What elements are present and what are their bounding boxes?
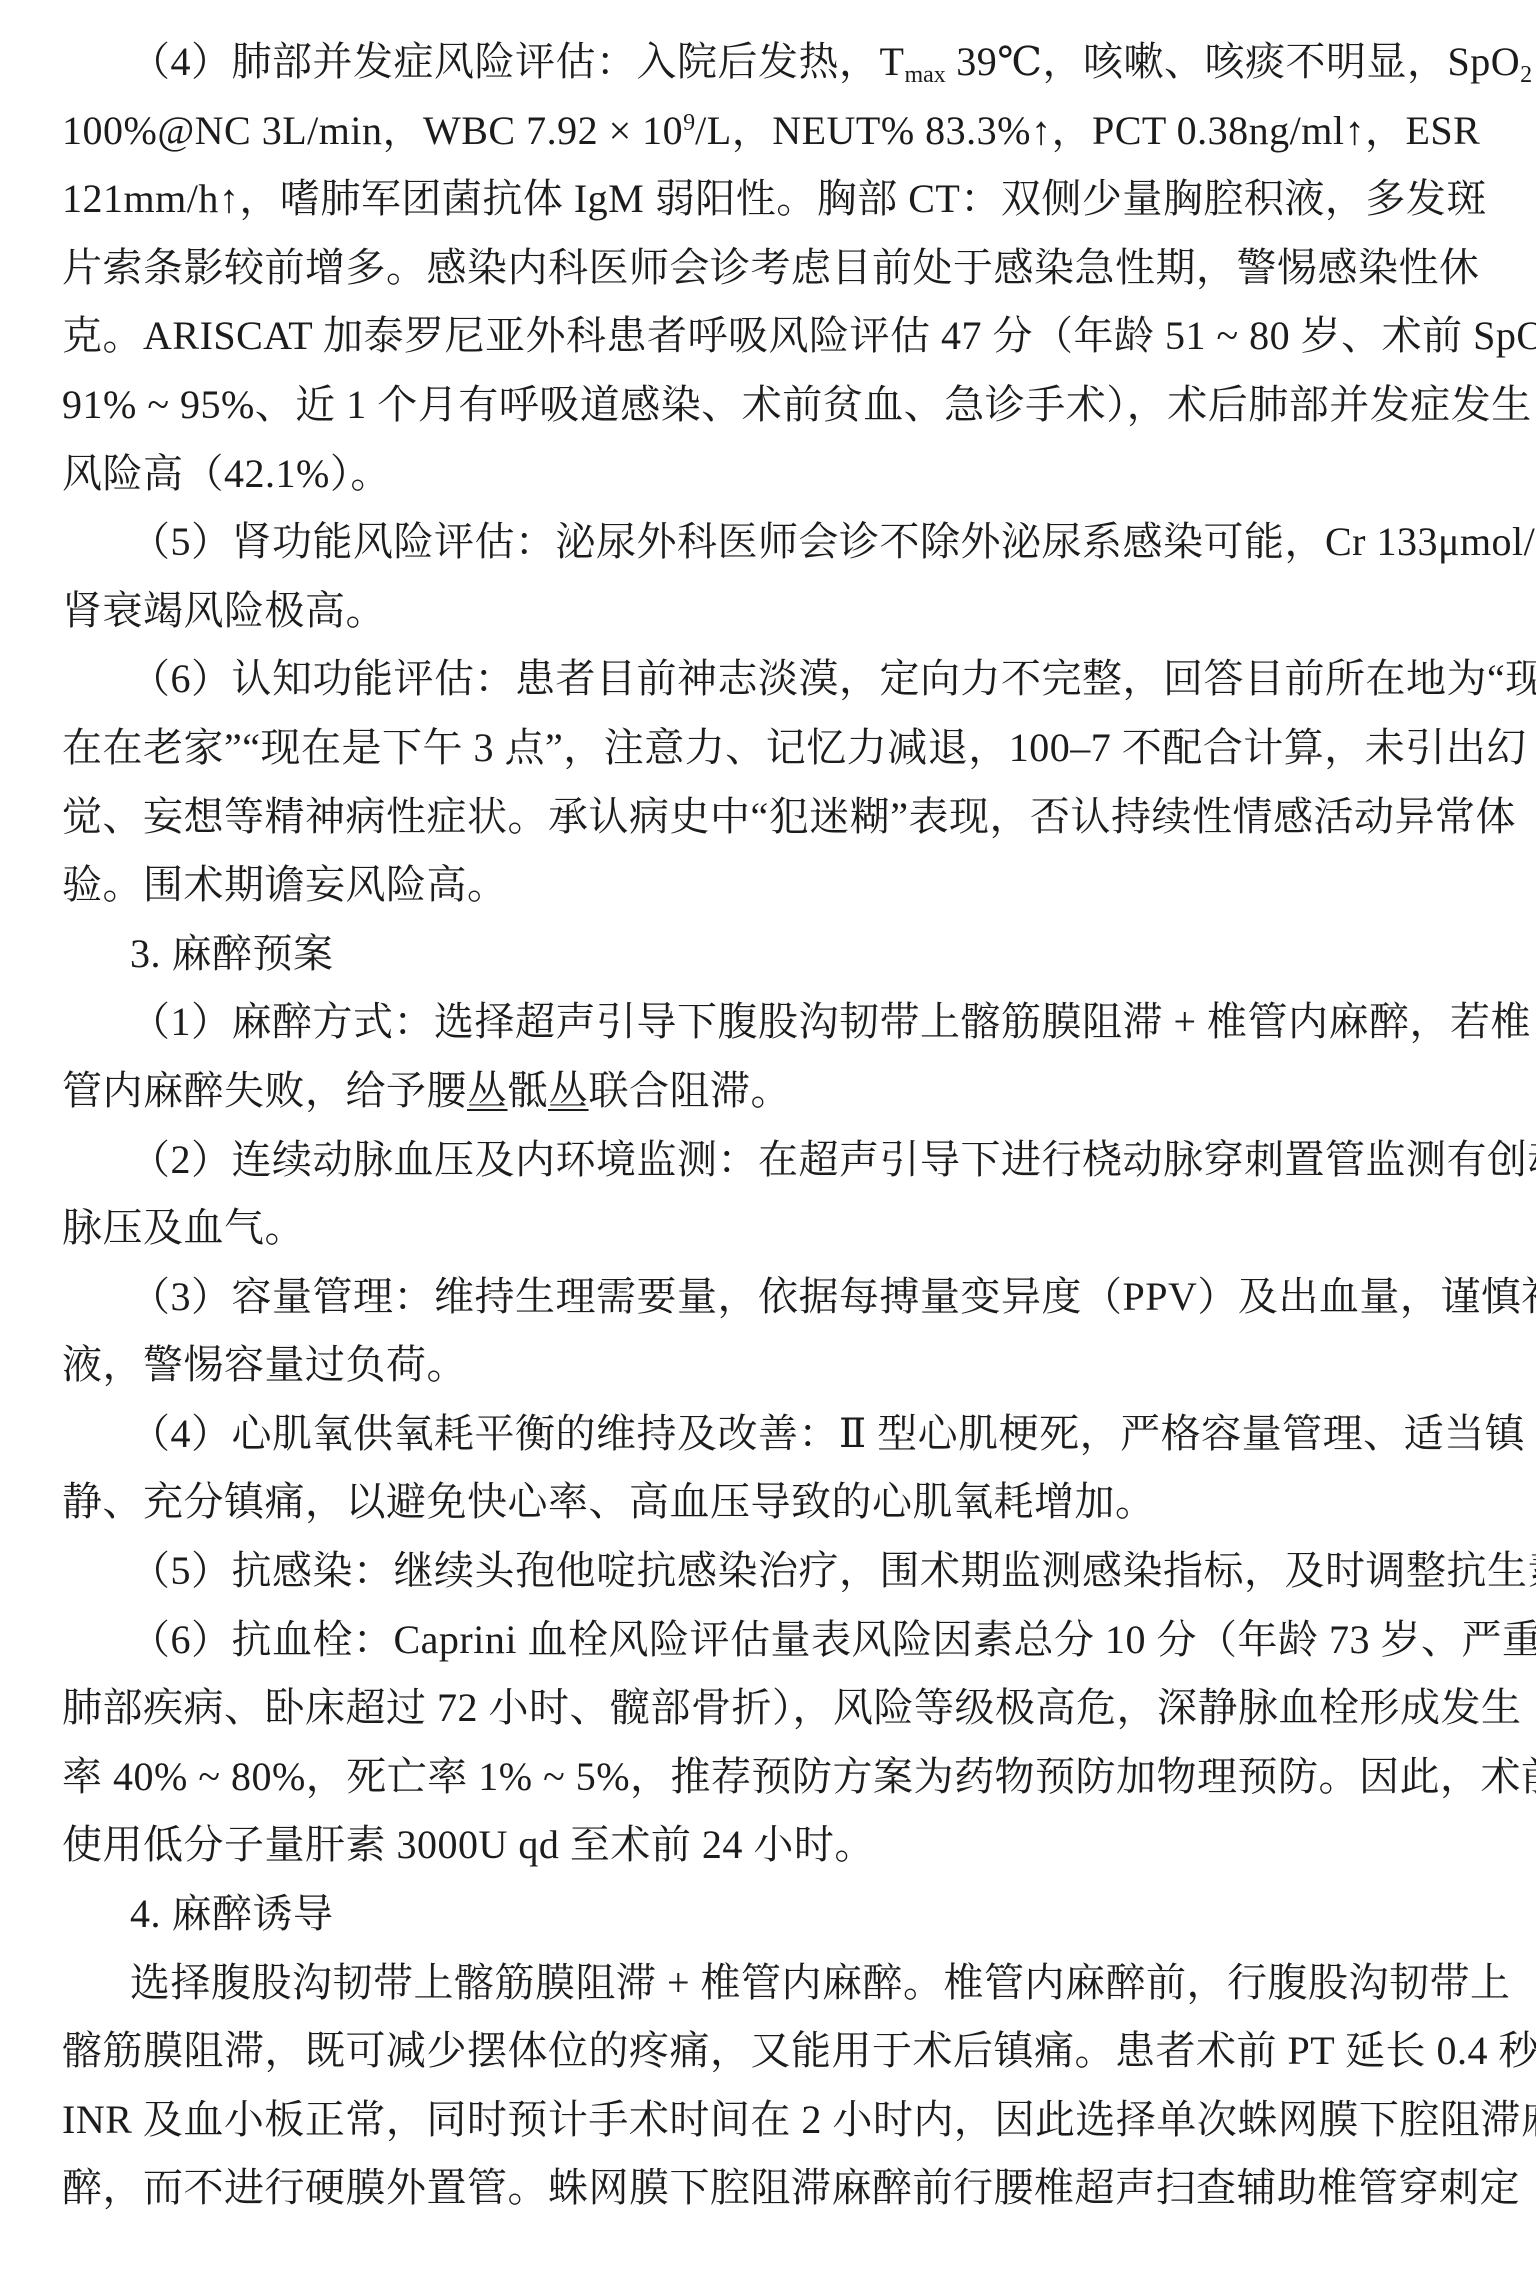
text-line: 肺部疾病、卧床超过 72 小时、髋部骨折），风险等级极高危，深静脉血栓形成发生 — [62, 1674, 1506, 1743]
document-page: （4）肺部并发症风险评估：入院后发热，Tmax 39℃，咳嗽、咳痰不明显，SpO… — [0, 0, 1536, 2278]
text-line: 率 40% ~ 80%，死亡率 1% ~ 5%，推荐预防方案为药物预防加物理预防… — [62, 1743, 1506, 1812]
text-line: （6）认知功能评估：患者目前神志淡漠，定向力不完整，回答目前所在地为“现 — [62, 645, 1506, 714]
text-line: （6）抗血栓：Caprini 血栓风险评估量表风险因素总分 10 分（年龄 73… — [62, 1606, 1506, 1675]
text-line: 管内麻醉失败，给予腰丛骶丛联合阻滞。 — [62, 1057, 1506, 1126]
text-line: 使用低分子量肝素 3000U qd 至术前 24 小时。 — [62, 1811, 1506, 1880]
text-line: 肾衰竭风险极高。 — [62, 577, 1506, 646]
text-line: （4）肺部并发症风险评估：入院后发热，Tmax 39℃，咳嗽、咳痰不明显，SpO… — [62, 28, 1506, 97]
text-line: 121mm/h↑，嗜肺军团菌抗体 IgM 弱阳性。胸部 CT：双侧少量胸腔积液，… — [62, 165, 1506, 234]
text-line: 髂筋膜阻滞，既可减少摆体位的疼痛，又能用于术后镇痛。患者术前 PT 延长 0.4… — [62, 2017, 1506, 2086]
text-line: （3）容量管理：维持生理需要量，依据每搏量变异度（PPV）及出血量，谨慎补 — [62, 1263, 1506, 1332]
text-line: 选择腹股沟韧带上髂筋膜阻滞 + 椎管内麻醉。椎管内麻醉前，行腹股沟韧带上 — [62, 1949, 1506, 2018]
text-line: （5）抗感染：继续头孢他啶抗感染治疗，围术期监测感染指标，及时调整抗生素。 — [62, 1537, 1506, 1606]
text-line: （5）肾功能风险评估：泌尿外科医师会诊不除外泌尿系感染可能，Cr 133μmol… — [62, 508, 1506, 577]
text-line: （4）心肌氧供氧耗平衡的维持及改善：Ⅱ 型心肌梗死，严格容量管理、适当镇 — [62, 1400, 1506, 1469]
text-line: 克。ARISCAT 加泰罗尼亚外科患者呼吸风险评估 47 分（年龄 51 ~ 8… — [62, 302, 1506, 371]
text-line: 100%@NC 3L/min，WBC 7.92 × 109/L，NEUT% 83… — [62, 97, 1506, 166]
text-line: 在在老家”“现在是下午 3 点”，注意力、记忆力减退，100–7 不配合计算，未… — [62, 714, 1506, 783]
text-line: 风险高（42.1%）。 — [62, 440, 1506, 509]
text-line: 4. 麻醉诱导 — [62, 1880, 1506, 1949]
text-line: 验。围术期谵妄风险高。 — [62, 851, 1506, 920]
text-line: 醉，而不进行硬膜外置管。蛛网膜下腔阻滞麻醉前行腰椎超声扫查辅助椎管穿刺定 — [62, 2154, 1506, 2223]
text-line: （2）连续动脉血压及内环境监测：在超声引导下进行桡动脉穿刺置管监测有创动 — [62, 1126, 1506, 1195]
text-line: 脉压及血气。 — [62, 1194, 1506, 1263]
text-line: INR 及血小板正常，同时预计手术时间在 2 小时内，因此选择单次蛛网膜下腔阻滞… — [62, 2086, 1506, 2155]
text-line: 91% ~ 95%、近 1 个月有呼吸道感染、术前贫血、急诊手术），术后肺部并发… — [62, 371, 1506, 440]
document-body: （4）肺部并发症风险评估：入院后发热，Tmax 39℃，咳嗽、咳痰不明显，SpO… — [62, 28, 1506, 2223]
text-line: 片索条影较前增多。感染内科医师会诊考虑目前处于感染急性期，警惕感染性休 — [62, 234, 1506, 303]
text-line: 静、充分镇痛，以避免快心率、高血压导致的心肌氧耗增加。 — [62, 1468, 1506, 1537]
text-line: 3. 麻醉预案 — [62, 920, 1506, 989]
text-line: 觉、妄想等精神病性症状。承认病史中“犯迷糊”表现，否认持续性情感活动异常体 — [62, 783, 1506, 852]
text-line: 液，警惕容量过负荷。 — [62, 1331, 1506, 1400]
text-line: （1）麻醉方式：选择超声引导下腹股沟韧带上髂筋膜阻滞 + 椎管内麻醉，若椎 — [62, 988, 1506, 1057]
